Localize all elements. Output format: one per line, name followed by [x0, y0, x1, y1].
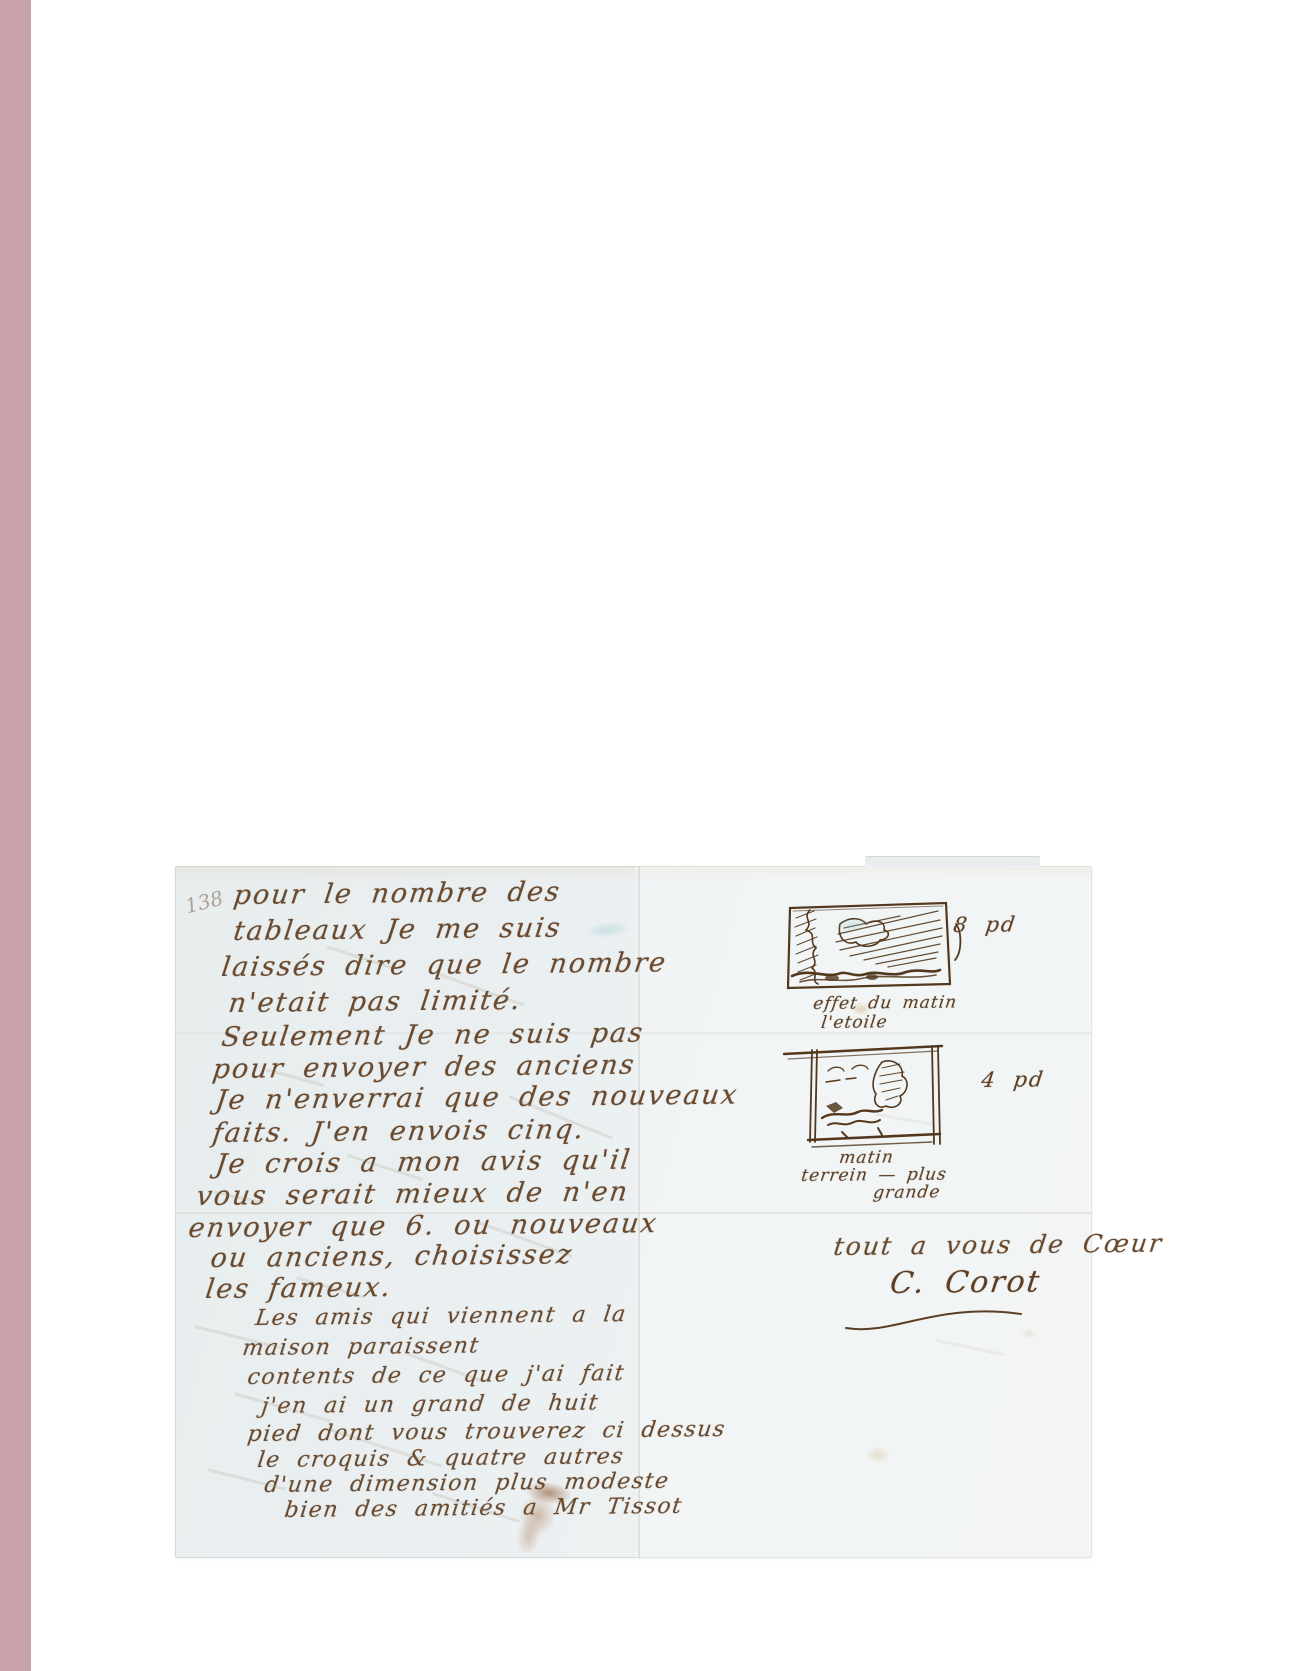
handwriting-line: Seulement Je ne suis pas: [220, 1020, 646, 1051]
handwriting-line: n'etait pas limité.: [227, 987, 523, 1017]
sketch-1-caption-line2: l'etoile: [820, 1012, 889, 1033]
sketch-1-caption-line1: effet du matin: [812, 992, 958, 1014]
sketch-1-drawing: [780, 898, 965, 998]
blue-smudge: [582, 920, 631, 940]
auction-photo-page: { "page": { "background_color": "#ffffff…: [0, 0, 1301, 1671]
foxing-spot: [865, 1446, 891, 1464]
handwriting-line: envoyer que 6. ou nouveaux: [187, 1210, 660, 1242]
handwriting-line: tableaux Je me suis: [232, 915, 563, 945]
closing-salutation: tout a vous de Cœur: [832, 1229, 1165, 1261]
sketch-2-morning-terrain: [782, 1040, 952, 1155]
sketch-2-drawing: [782, 1040, 952, 1155]
foxing-spot: [851, 1002, 871, 1016]
signature: C. Corot: [888, 1264, 1043, 1301]
inventory-number: 138: [183, 886, 226, 919]
ink-stain: [493, 1476, 618, 1563]
handwriting-line: ou anciens, choisissez: [209, 1241, 575, 1272]
left-color-band: [0, 0, 31, 1671]
handwriting-line: pied dont vous trouverez ci dessus: [246, 1417, 727, 1447]
letter-paper: 138 pour le nombre des tableaux Je me su…: [175, 866, 1092, 1558]
paper-top-edge-tab: [865, 856, 1040, 868]
handwriting-line: vous serait mieux de n'en: [195, 1178, 631, 1210]
handwriting-line: Les amis qui viennent a la: [254, 1302, 628, 1331]
sketch-1-morning-effect: [780, 898, 965, 998]
handwriting-line: Je crois a mon avis qu'il: [214, 1147, 633, 1178]
signature-flourish: [843, 1304, 1028, 1336]
foxing-spot: [1020, 1328, 1038, 1340]
showthrough-mark: [935, 1339, 1004, 1356]
handwriting-line: faits. J'en envois cinq.: [211, 1116, 587, 1147]
sketch-2-size-annotation: 4 pd: [980, 1067, 1046, 1092]
sketch-2-caption-line3: grande: [872, 1182, 942, 1203]
handwriting-line: le croquis & quatre autres: [256, 1444, 626, 1473]
sketch-1-size-annotation: 8 pd: [952, 912, 1018, 937]
handwriting-line: pour le nombre des: [232, 879, 563, 909]
handwriting-line: pour envoyer des anciens: [211, 1052, 637, 1083]
handwriting-line: Je n'enverrai que des nouveaux: [214, 1082, 740, 1114]
